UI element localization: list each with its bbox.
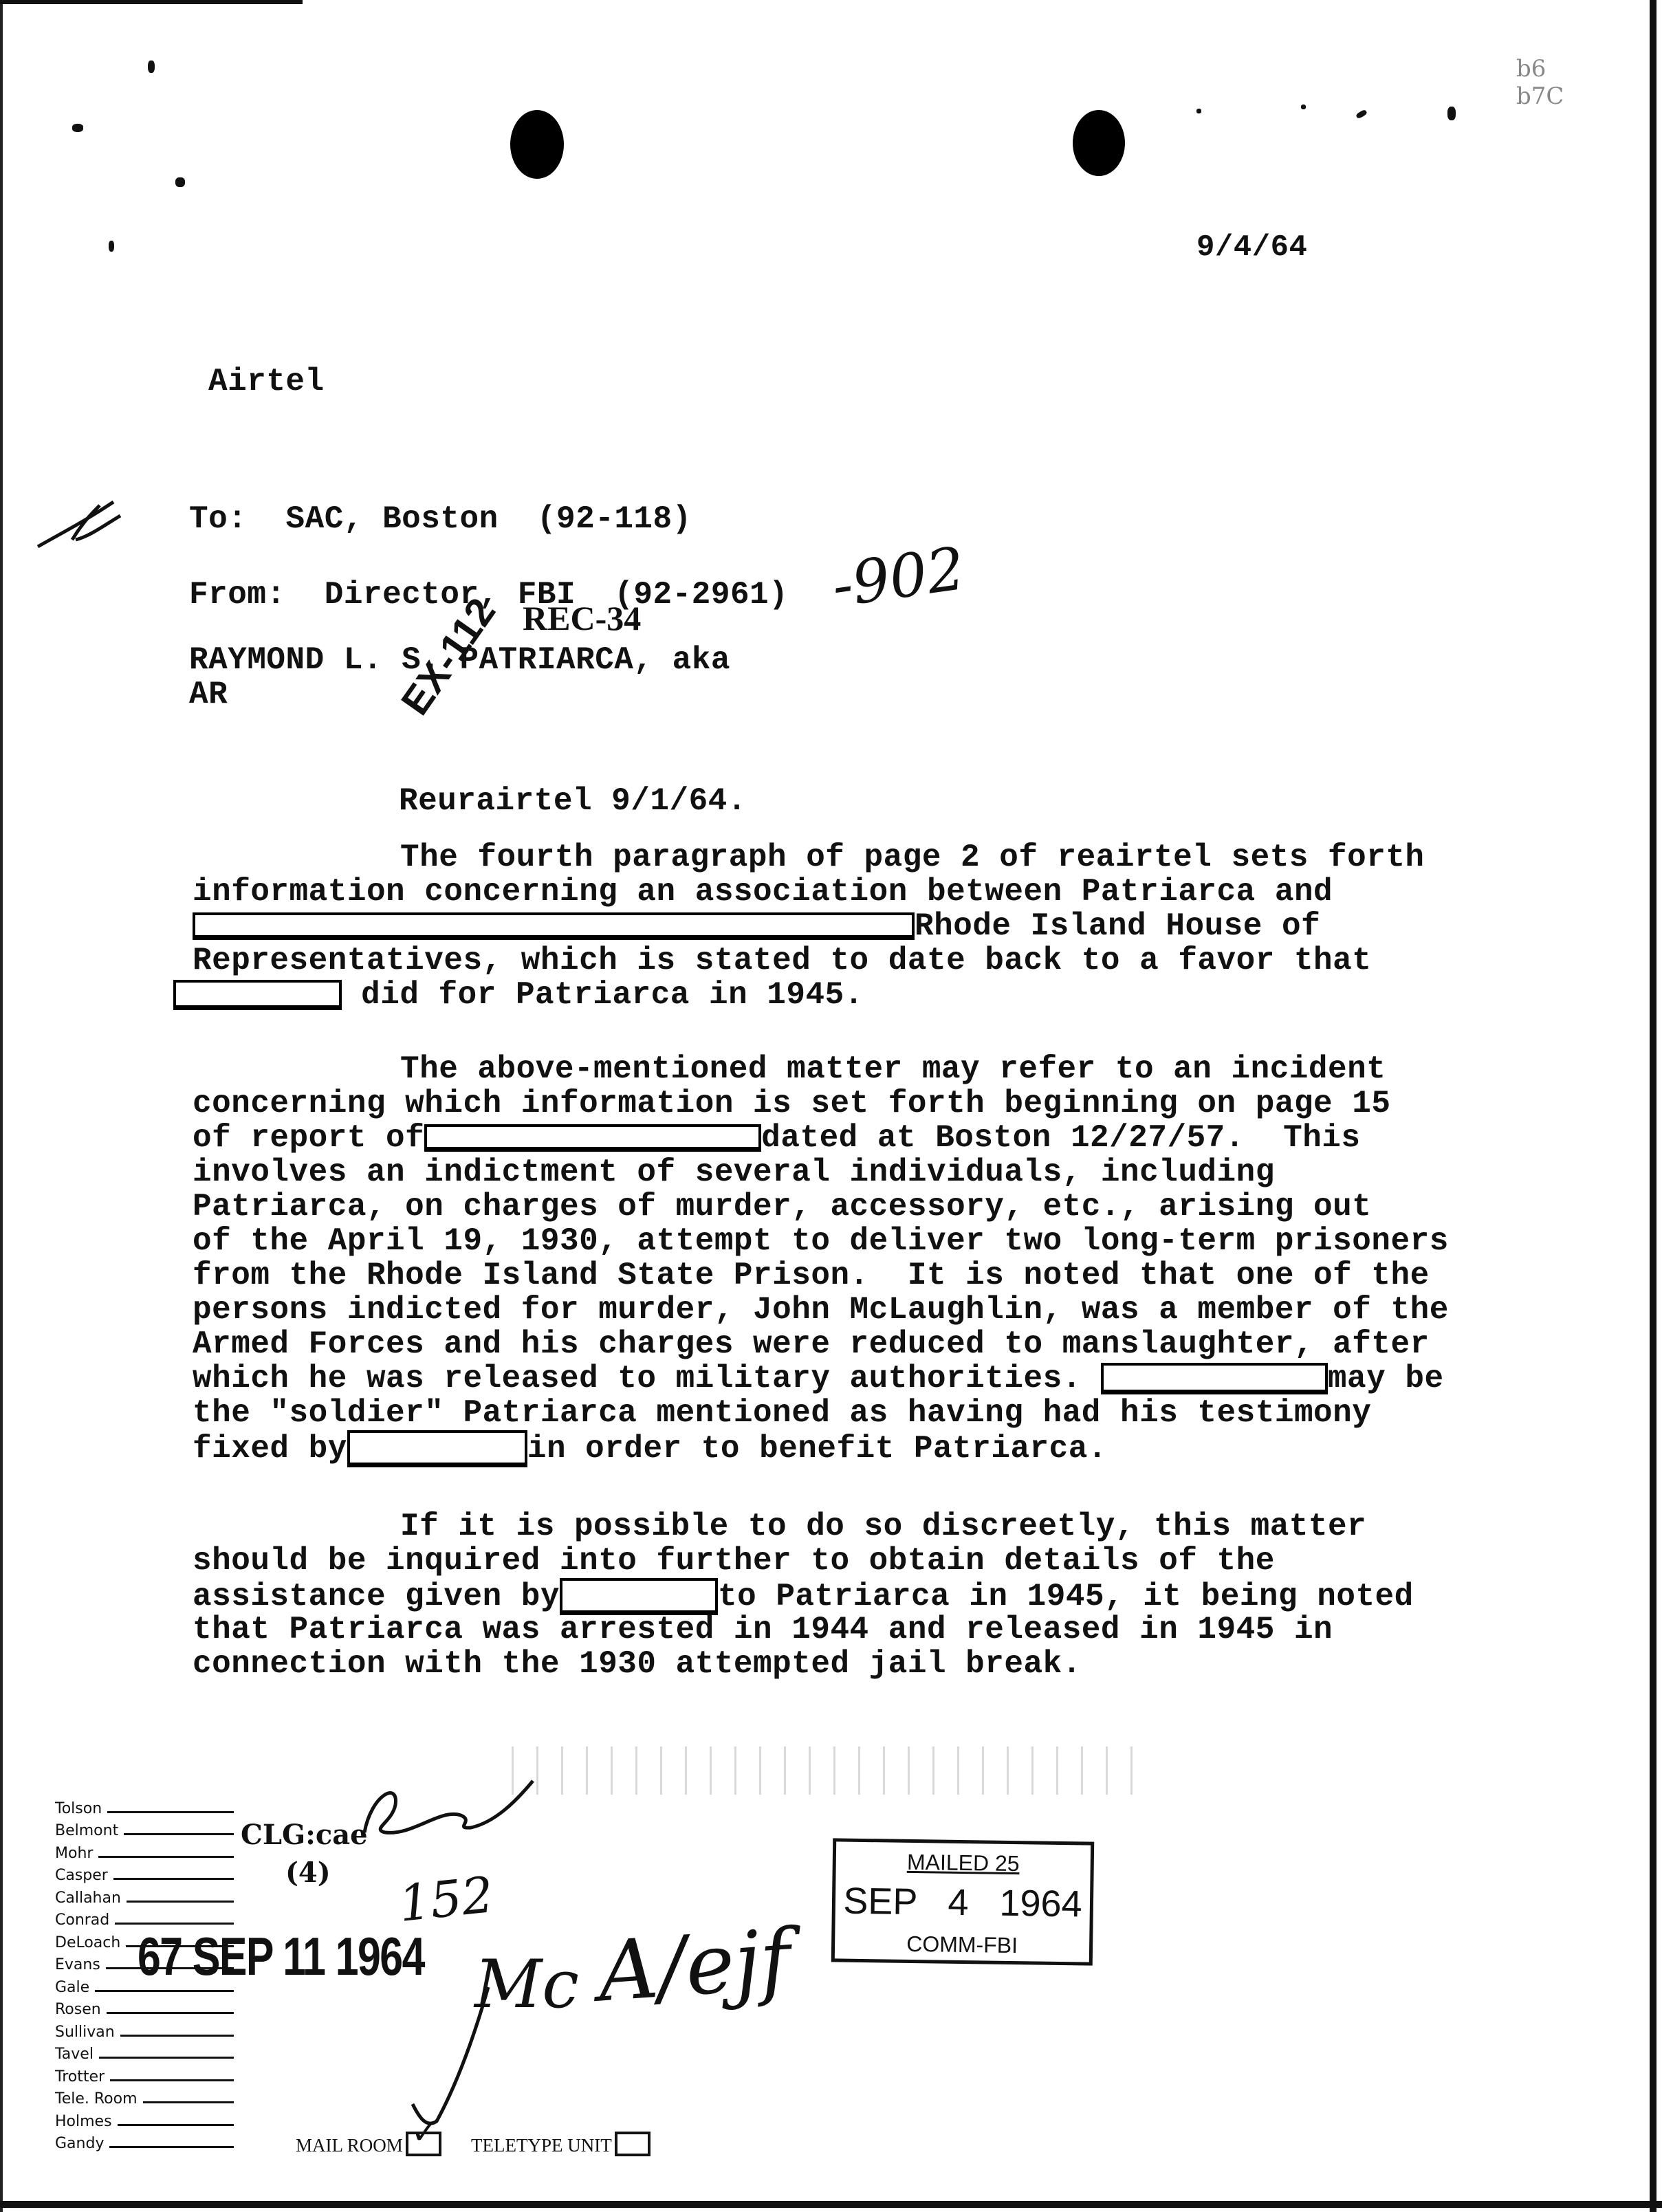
routing-name: Gale	[55, 1979, 89, 1996]
routing-row: Callahan	[55, 1884, 234, 1907]
routing-initial-line	[99, 2057, 234, 2059]
body-text: assistance given by	[193, 1579, 560, 1614]
scan-speck	[1301, 105, 1306, 109]
routing-name: Belmont	[55, 1822, 118, 1839]
body-text: of report of	[193, 1120, 424, 1156]
handwritten-checkmark-icon	[409, 1980, 492, 2132]
copies-count: (4)	[285, 1857, 331, 1889]
routing-name: Sullivan	[55, 2024, 115, 2041]
body-text: dated at Boston 12/27/57. This	[761, 1120, 1360, 1156]
routing-name: Casper	[55, 1867, 108, 1884]
redaction-box	[173, 980, 342, 1010]
body-line: fixed byin order to benefit Patriarca.	[193, 1430, 1107, 1467]
routing-name: Gandy	[55, 2135, 104, 2152]
body-line: involves an indictment of several indivi…	[193, 1155, 1275, 1190]
routing-initial-line	[113, 1878, 234, 1880]
teletype-label: TELETYPE UNIT	[471, 2135, 612, 2156]
scan-speck	[109, 241, 114, 252]
body-line: from the Rhode Island State Prison. It i…	[193, 1258, 1430, 1293]
body-line: The fourth paragraph of page 2 of reairt…	[400, 840, 1425, 875]
mail-room-field: MAIL ROOM	[296, 2132, 441, 2156]
routing-name: DeLoach	[55, 1934, 120, 1951]
routing-name: Trotter	[55, 2068, 105, 2085]
reference-line: Reurairtel 9/1/64.	[399, 784, 747, 818]
teletype-checkbox[interactable]	[615, 2132, 650, 2156]
subject-line-1: RAYMOND L. S. PATRIARCA, aka	[189, 643, 730, 677]
redaction-box	[424, 1124, 761, 1152]
document-page: b6 b7C 9/4/64 Airtel To: SAC, Boston (92…	[0, 0, 1662, 2212]
routing-initial-line	[118, 2124, 234, 2126]
scan-speck	[1196, 109, 1201, 113]
redaction-box	[193, 912, 915, 940]
handwritten-check-icon	[34, 495, 124, 550]
body-line: connection with the 1930 attempted jail …	[193, 1647, 1082, 1681]
body-text: Rhode Island House of	[915, 908, 1320, 944]
foia-exemption-codes: b6 b7C	[1516, 55, 1564, 110]
scan-speck	[175, 177, 185, 187]
from-label: From:	[189, 577, 286, 613]
routing-row: Gandy	[55, 2130, 234, 2153]
routing-initial-line	[124, 1833, 234, 1835]
routing-row: Trotter	[55, 2063, 234, 2085]
punch-hole-icon	[1073, 110, 1125, 176]
body-text: which he was released to military author…	[193, 1361, 1101, 1397]
scan-border-bottom	[0, 2201, 1662, 2208]
mailed-stamp: MAILED 25 SEP 4 1964 COMM-FBI	[831, 1838, 1094, 1965]
scan-border-right	[1650, 0, 1656, 2212]
scan-speck	[1355, 109, 1368, 120]
form-title: Airtel	[208, 364, 325, 399]
routing-name: Evans	[55, 1956, 100, 1973]
body-line: If it is possible to do so discreetly, t…	[400, 1509, 1366, 1544]
routing-row: Mohr	[55, 1839, 234, 1862]
mailed-origin: COMM-FBI	[835, 1930, 1089, 1959]
teletype-field: TELETYPE UNIT	[471, 2132, 650, 2156]
scan-border-left	[0, 0, 3, 2212]
mailed-day-year: 4 1964	[948, 1882, 1082, 1925]
body-line: information concerning an association be…	[193, 875, 1333, 909]
body-line: persons indicted for murder, John McLaug…	[193, 1293, 1449, 1327]
typist-initials: CLG:cae	[241, 1819, 368, 1851]
routing-name: Mohr	[55, 1845, 93, 1862]
to-label: To:	[189, 501, 247, 537]
body-line: should be inquired into further to obtai…	[193, 1544, 1275, 1578]
mailed-date: SEP 4 1964	[835, 1879, 1091, 1925]
routing-initial-line	[98, 1856, 234, 1858]
body-line: The above-mentioned matter may refer to …	[400, 1052, 1386, 1086]
body-line: Patriarca, on charges of murder, accesso…	[193, 1190, 1371, 1224]
exemption-b7c: b7C	[1516, 83, 1564, 110]
routing-row: Casper	[55, 1862, 234, 1885]
exemption-b6: b6	[1516, 55, 1564, 83]
mailed-month: SEP	[843, 1881, 917, 1923]
routing-initial-line	[107, 2012, 234, 2014]
scan-speck	[72, 124, 83, 132]
body-line: which he was released to military author…	[193, 1361, 1444, 1396]
routing-initial-line	[109, 2146, 234, 2148]
routing-name: Holmes	[55, 2113, 112, 2130]
scan-speck	[1447, 107, 1456, 120]
body-line: concerning which information is set fort…	[193, 1086, 1390, 1121]
redaction-box	[560, 1578, 718, 1615]
handwritten-initials: A/ejf	[595, 1912, 794, 2020]
body-line: Representatives, which is stated to date…	[193, 943, 1371, 978]
routing-name: Callahan	[55, 1890, 121, 1907]
document-date: 9/4/64	[1196, 230, 1307, 265]
routing-name: Tavel	[55, 2046, 94, 2063]
routing-initial-line	[107, 1811, 234, 1813]
body-line: Armed Forces and his charges were reduce…	[193, 1327, 1430, 1361]
body-text: to Patriarca in 1945, it being noted	[718, 1579, 1414, 1614]
routing-name: Conrad	[55, 1912, 109, 1929]
body-line: of report ofdated at Boston 12/27/57. Th…	[193, 1121, 1361, 1155]
body-line: assistance given byto Patriarca in 1945,…	[193, 1578, 1414, 1615]
body-line: the "soldier" Patriarca mentioned as hav…	[193, 1396, 1371, 1430]
to-value: SAC, Boston (92-118)	[286, 501, 692, 537]
routing-row: Tavel	[55, 2041, 234, 2063]
body-line: Rhode Island House of	[193, 909, 1320, 943]
mailed-label: MAILED 25	[836, 1848, 1091, 1877]
redaction-box	[1101, 1363, 1328, 1394]
body-text: did for Patriarca in 1945.	[342, 977, 864, 1013]
routing-row: Sullivan	[55, 2018, 234, 2041]
body-line: of the April 19, 1930, attempt to delive…	[193, 1224, 1449, 1258]
routing-initial-line	[120, 2035, 234, 2037]
body-text: may be	[1328, 1361, 1444, 1397]
handwritten-initials-icon	[358, 1767, 536, 1850]
routing-row: Tolson	[55, 1795, 234, 1817]
routing-row: Tele. Room	[55, 2085, 234, 2108]
routing-name: Rosen	[55, 2001, 101, 2018]
rec-stamp: REC-34	[523, 598, 641, 638]
punch-hole-icon	[510, 110, 564, 179]
mail-room-checkbox[interactable]	[406, 2132, 441, 2156]
received-date-stamp: 67 SEP 11 1964	[138, 1925, 424, 1988]
faded-stamp	[502, 1746, 1135, 1795]
handwritten-number: 152	[396, 1865, 496, 1933]
routing-row: Belmont	[55, 1817, 234, 1840]
scan-speck	[148, 61, 155, 73]
routing-row: Rosen	[55, 1996, 234, 2019]
handwritten-serial: -902	[828, 534, 969, 621]
subject-line-2: AR	[189, 677, 228, 712]
routing-row: Holmes	[55, 2107, 234, 2130]
body-text: in order to benefit Patriarca.	[527, 1431, 1107, 1467]
routing-name: Tolson	[55, 1800, 102, 1817]
body-text: fixed by	[193, 1431, 347, 1467]
to-line: To: SAC, Boston (92-118)	[189, 502, 692, 536]
scan-border-top	[0, 0, 303, 4]
routing-initial-line	[95, 1990, 234, 1992]
redaction-box	[347, 1430, 527, 1467]
mail-room-label: MAIL ROOM	[296, 2135, 403, 2156]
routing-initial-line	[127, 1901, 234, 1903]
body-line: did for Patriarca in 1945.	[173, 978, 864, 1012]
body-line: that Patriarca was arrested in 1944 and …	[193, 1612, 1333, 1647]
routing-initial-line	[115, 1923, 234, 1925]
routing-name: Tele. Room	[55, 2090, 138, 2107]
routing-initial-line	[110, 2079, 234, 2081]
routing-initial-line	[143, 2101, 234, 2103]
